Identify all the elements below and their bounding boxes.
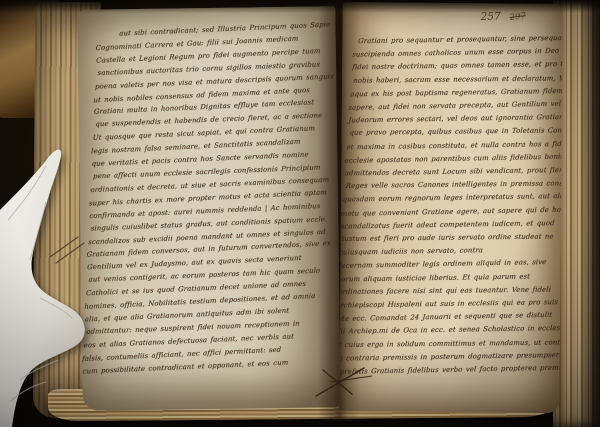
gloved-hand (0, 140, 96, 427)
right-manuscript-page: 257297 Gratiani pro sequantur et prosequ… (339, 2, 563, 413)
top-edge-shadow (0, 0, 600, 13)
left-page-text: aut sibi contradicant; sed Illustria Pri… (82, 18, 341, 378)
left-manuscript-page: aut sibi contradicant; sed Illustria Pri… (77, 6, 341, 411)
glove-silhouette (0, 150, 85, 427)
photograph-of-open-manuscript: aut sibi contradicant; sed Illustria Pri… (0, 0, 600, 427)
right-page-text: Gratiani pro sequantur et prosequantur, … (339, 31, 563, 379)
gutter-shadow (318, 0, 360, 421)
